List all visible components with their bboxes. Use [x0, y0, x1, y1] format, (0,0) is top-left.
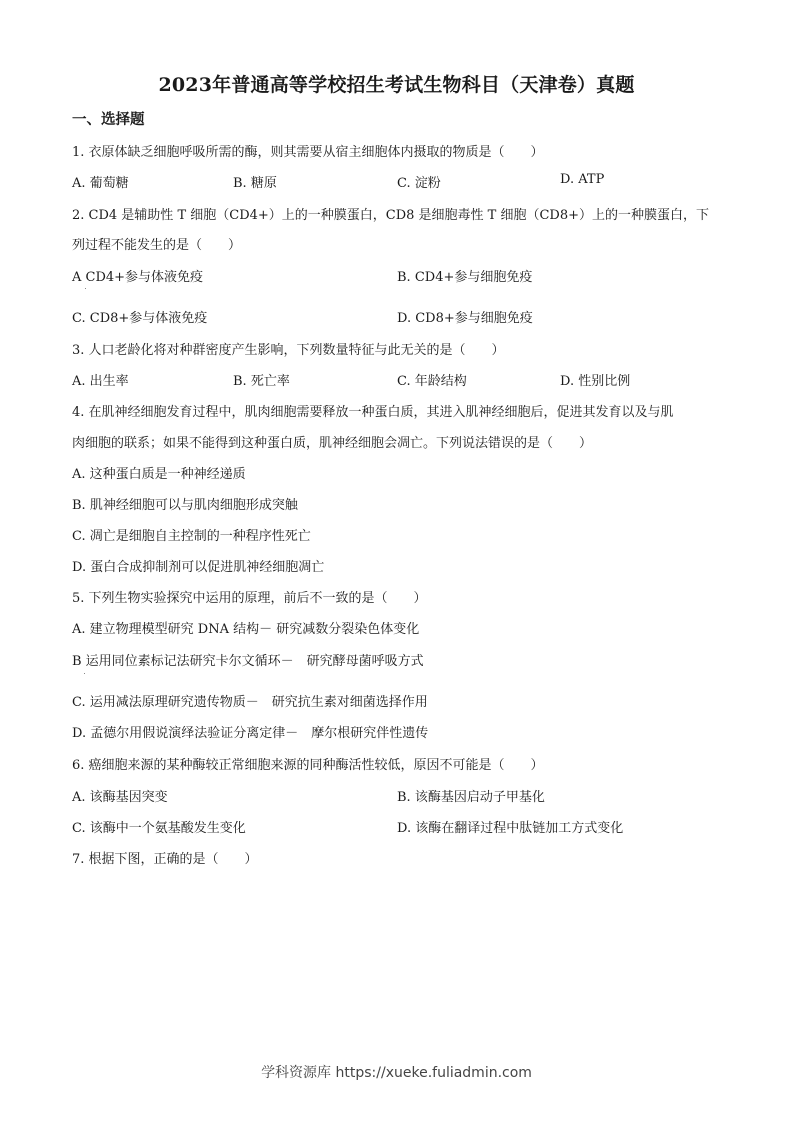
question-7-stem: 7. 根据下图，正确的是（ ）	[72, 848, 258, 867]
section-title: 一、选择题	[72, 108, 145, 129]
question-1-option-d: D. ATP	[560, 172, 604, 187]
question-4-option-a: A. 这种蛋白质是一种神经递质	[72, 463, 246, 482]
stray-mark	[85, 288, 86, 289]
question-4-option-c: C. 凋亡是细胞自主控制的一种程序性死亡	[72, 525, 311, 544]
question-4-option-b: B. 肌神经细胞可以与肌肉细胞形成突触	[72, 494, 298, 513]
question-2-option-c: C. CD8+参与体液免疫	[72, 307, 207, 326]
question-1-option-b: B. 糖原	[233, 172, 277, 191]
question-6-option-d: D. 该酶在翻译过程中肽链加工方式变化	[397, 817, 623, 836]
question-2-stem-line-1: 2. CD4 是辅助性 T 细胞（CD4+）上的一种膜蛋白，CD8 是细胞毒性 …	[72, 204, 709, 223]
question-3-option-a: A. 出生率	[72, 370, 129, 389]
question-4-option-d: D. 蛋白合成抑制剂可以促进肌神经细胞凋亡	[72, 556, 324, 575]
question-4-stem-line-2: 肉细胞的联系；如果不能得到这种蛋白质，肌神经细胞会凋亡。下列说法错误的是（ ）	[72, 432, 592, 451]
question-5-option-d: D. 孟德尔用假说演绎法验证分离定律－ 摩尔根研究伴性遗传	[72, 722, 428, 741]
question-6-stem: 6. 癌细胞来源的某种酶较正常细胞来源的同种酶活性较低，原因不可能是（ ）	[72, 754, 544, 773]
question-2-stem-line-2: 列过程不能发生的是（ ）	[72, 234, 241, 253]
question-1-option-a: A. 葡萄糖	[72, 172, 129, 191]
question-4-stem-line-1: 4. 在肌神经细胞发育过程中，肌肉细胞需要释放一种蛋白质，其进入肌神经细胞后，促…	[72, 401, 674, 420]
question-5-stem: 5. 下列生物实验探究中运用的原理，前后不一致的是（ ）	[72, 587, 427, 606]
question-2-option-a: A CD4+参与体液免疫	[72, 266, 203, 285]
question-5-option-a: A. 建立物理模型研究 DNA 结构－ 研究减数分裂染色体变化	[72, 618, 419, 637]
question-3-option-c: C. 年龄结构	[397, 370, 467, 389]
question-6-option-b: B. 该酶基因启动子甲基化	[397, 786, 545, 805]
question-5-option-c: C. 运用减法原理研究遗传物质－ 研究抗生素对细菌选择作用	[72, 691, 428, 710]
question-6-option-c: C. 该酶中一个氨基酸发生变化	[72, 817, 246, 836]
question-5-option-b: B 运用同位素标记法研究卡尔文循环－ 研究酵母菌呼吸方式	[72, 650, 424, 669]
question-6-option-a: A. 该酶基因突变	[72, 786, 168, 805]
question-1-option-c: C. 淀粉	[397, 172, 441, 191]
watermark-footer: 学科资源库 https://xueke.fuliadmin.com	[0, 1062, 793, 1082]
question-3-stem: 3. 人口老龄化将对种群密度产生影响，下列数量特征与此无关的是（ ）	[72, 339, 505, 358]
question-2-option-d: D. CD8+参与细胞免疫	[397, 307, 533, 326]
question-3-option-d: D. 性别比例	[560, 370, 630, 389]
question-1-stem: 1. 衣原体缺乏细胞呼吸所需的酶，则其需要从宿主细胞体内摄取的物质是（ ）	[72, 141, 544, 160]
question-2-option-b: B. CD4+参与细胞免疫	[397, 266, 532, 285]
question-3-option-b: B. 死亡率	[233, 370, 290, 389]
stray-mark	[84, 673, 85, 674]
page-title: 2023年普通高等学校招生考试生物科目（天津卷）真题	[0, 70, 793, 97]
